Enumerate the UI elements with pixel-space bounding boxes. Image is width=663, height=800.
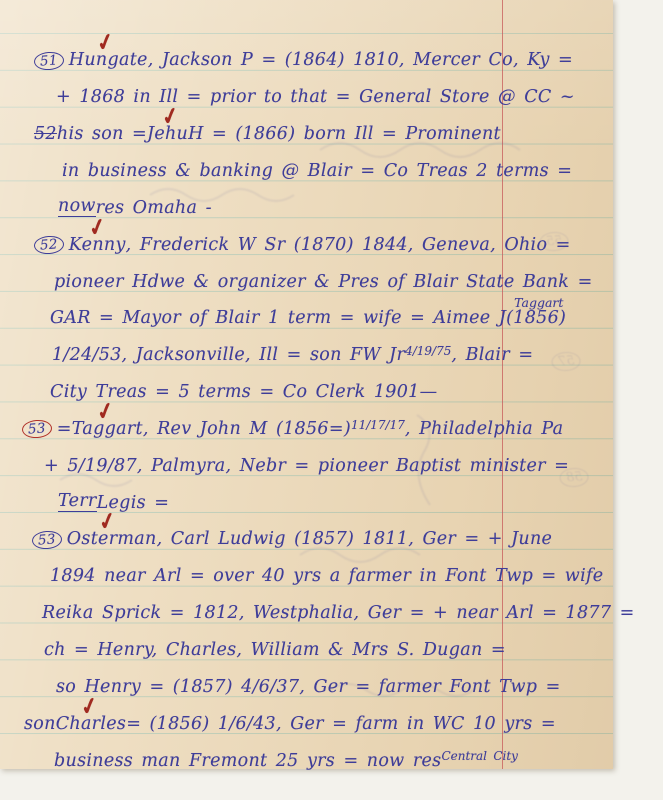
text-segment: pioneer Hdwe & organizer & Pres of Blair… [54,273,593,291]
text-segment: his son = [57,125,147,143]
text-segment: + 5/19/87, Palmyra, Nebr = pioneer Bapti… [44,457,569,475]
handwritten-line-15: 1894 near Arl = over 40 yrs a farmer in … [0,549,607,586]
entry-number-52: 52 [33,235,64,255]
text-segment: 1894 near Arl = over 40 yrs a farmer in … [50,567,603,585]
handwritten-line-1: 51 Hungate✓, Jackson P = (1864) 1810, Me… [0,33,607,70]
handwritten-line-7: pioneer Hdwe & organizer & Pres of Blair… [0,254,607,291]
text-segment: 11/17/17 [351,419,405,432]
handwritten-line-9: 1/24/53, Jacksonville, Ill = son FW Jr 4… [0,328,607,365]
text-segment: , Jackson P = (1864) 1810, Mercer Co, Ky… [148,51,573,69]
text-segment: , Frederick W Sr (1870) 1844, Geneva, Oh… [126,236,571,254]
notebook-page: 51 Hungate✓, Jackson P = (1864) 1810, Me… [0,0,613,769]
annotated-segment: Osterman✓ [67,530,157,548]
text-segment: , Blair = [451,346,533,364]
text-segment: business man Fremont 25 yrs = now res [54,752,441,770]
text-segment: GAR = Mayor of Blair 1 term = wife = Aim… [50,309,506,327]
text-segment: 1/24/53, Jacksonville, Ill = son FW Jr [52,346,405,364]
handwritten-line-10: City Treas = 5 terms = Co Clerk 1901— [0,365,607,402]
text-segment: ch = Henry, Charles, William & Mrs S. Du… [44,641,506,659]
entry-number-53: 53 [31,530,62,550]
text-segment: + 1868 in Ill = prior to that = General … [56,88,575,106]
handwritten-line-3: 52 his son = Jehu✓ H = (1866) born Ill =… [0,107,607,144]
handwritten-line-8: GAR = Mayor of Blair 1 term = wife = Aim… [0,291,607,328]
handwritten-line-16: Reika Sprick = 1812, Westphalia, Ger = +… [0,586,607,623]
annotated-segment: Hungate✓ [69,51,148,69]
handwritten-line-19: son Charles✓ = (1856) 1/6/43, Ger = farm… [0,696,607,733]
text-segment: in business & banking @ Blair = Co Treas… [62,162,572,180]
handwritten-line-17: ch = Henry, Charles, William & Mrs S. Du… [0,623,607,660]
annotated-segment: (1856)Taggart [506,309,566,327]
handwriting-block: 51 Hungate✓, Jackson P = (1864) 1810, Me… [0,33,607,770]
text-segment: so Henry = (1857) 4/6/37, Ger = farmer F… [56,678,561,696]
handwritten-line-14: 53 Osterman✓, Carl Ludwig (1857) 1811, G… [0,512,607,549]
text-segment: Terr [58,492,97,512]
handwritten-line-5: now res Omaha - [0,180,607,217]
handwritten-line-4: in business & banking @ Blair = Co Treas… [0,144,607,181]
entry-number-53-red-circled: 53 [21,419,52,439]
text-segment: 4/19/75 [405,345,451,358]
annotated-segment: Taggart✓ [72,420,143,438]
text-segment: H = (1866) born Ill = Prominent [188,125,501,143]
interlinear-note: Taggart [514,296,563,309]
text-segment: Reika Sprick = 1812, Westphalia, Ger = +… [42,604,635,622]
annotated-segment: Jehu✓ [147,125,188,143]
text-segment: res Omaha - [96,199,212,217]
annotated-segment: Kenny✓ [69,236,126,254]
handwritten-line-12: + 5/19/87, Palmyra, Nebr = pioneer Bapti… [0,438,607,475]
scanned-notebook-page: { "colors":{ "bg":"#f3f2ec","paper":"#ec… [0,0,663,800]
text-segment: = (1856) 1/6/43, Ger = farm in WC 10 yrs… [126,715,556,733]
text-segment: Central City [441,750,518,763]
red-check-icon: ✓ [95,29,116,57]
text-segment: son [24,715,56,733]
handwritten-line-13: Terr Legis = [0,475,607,512]
handwritten-line-11: 53 = Taggart✓, Rev John M (1856=) 11/17/… [0,401,607,438]
text-segment: = [57,420,72,438]
entry-number-51: 51 [33,51,64,71]
annotated-segment: Charles✓ [56,715,127,733]
text-segment: 52 [34,125,57,143]
text-segment: , Philadelphia Pa [405,420,564,438]
text-segment: , Carl Ludwig (1857) 1811, Ger = + June [157,530,553,548]
handwritten-line-6: 52 Kenny✓, Frederick W Sr (1870) 1844, G… [0,217,607,254]
handwritten-line-20: business man Fremont 25 yrs = now res Ce… [0,733,607,770]
text-segment: (1856) [506,308,566,328]
text-segment: , Rev John M (1856=) [143,420,351,438]
handwritten-line-2: + 1868 in Ill = prior to that = General … [0,70,607,107]
